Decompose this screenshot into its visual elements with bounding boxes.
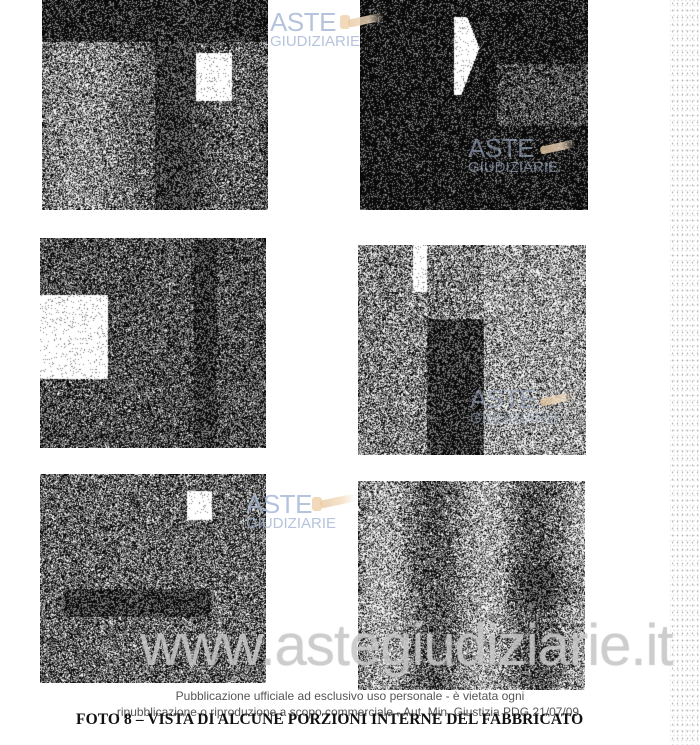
photo-caption: FOTO 8 – VISTA DI ALCUNE PORZIONI INTERN… (76, 711, 583, 729)
photo-2 (360, 0, 588, 210)
legal-notice-line-1: Pubblicazione ufficiale ad esclusivo uso… (0, 689, 700, 703)
photo-3 (40, 238, 266, 448)
aste-giudiziarie-watermark: ASTE GIUDIZIARIE (246, 492, 336, 531)
scan-edge-noise (670, 0, 700, 745)
scanned-document-page: ASTE GIUDIZIARIE ASTE GIUDIZIARIE ASTE G… (0, 0, 700, 745)
photo-1 (42, 0, 268, 210)
astegiudiziarie-site-watermark: www.astegiudiziarie.it (140, 612, 672, 679)
aste-giudiziarie-watermark: ASTE GIUDIZIARIE (468, 136, 558, 175)
aste-giudiziarie-watermark: ASTE GIUDIZIARIE (470, 387, 560, 426)
